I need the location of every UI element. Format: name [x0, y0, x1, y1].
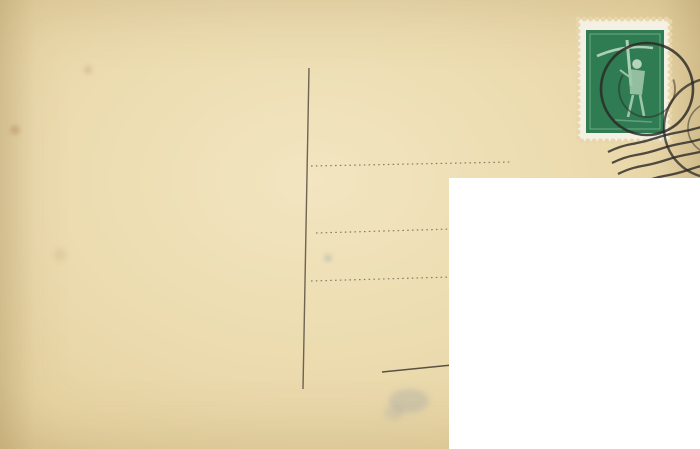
- privacy-overlay: [449, 178, 700, 449]
- dotted-line: [311, 162, 512, 166]
- ink-stain: [324, 254, 332, 262]
- postage-stamp: [578, 19, 670, 141]
- dotted-line: [311, 277, 452, 281]
- foxing-spot: [10, 125, 20, 135]
- postcard-scan: [0, 0, 700, 449]
- divider-line: [303, 68, 309, 389]
- figure-head: [632, 59, 642, 69]
- stamp-panel: [586, 30, 664, 133]
- foxing-spot: [54, 249, 66, 261]
- dotted-line: [316, 229, 452, 233]
- paper-stains: [10, 66, 429, 420]
- foxing-spot: [84, 66, 92, 74]
- ink-stain: [384, 406, 404, 420]
- underline: [382, 365, 452, 372]
